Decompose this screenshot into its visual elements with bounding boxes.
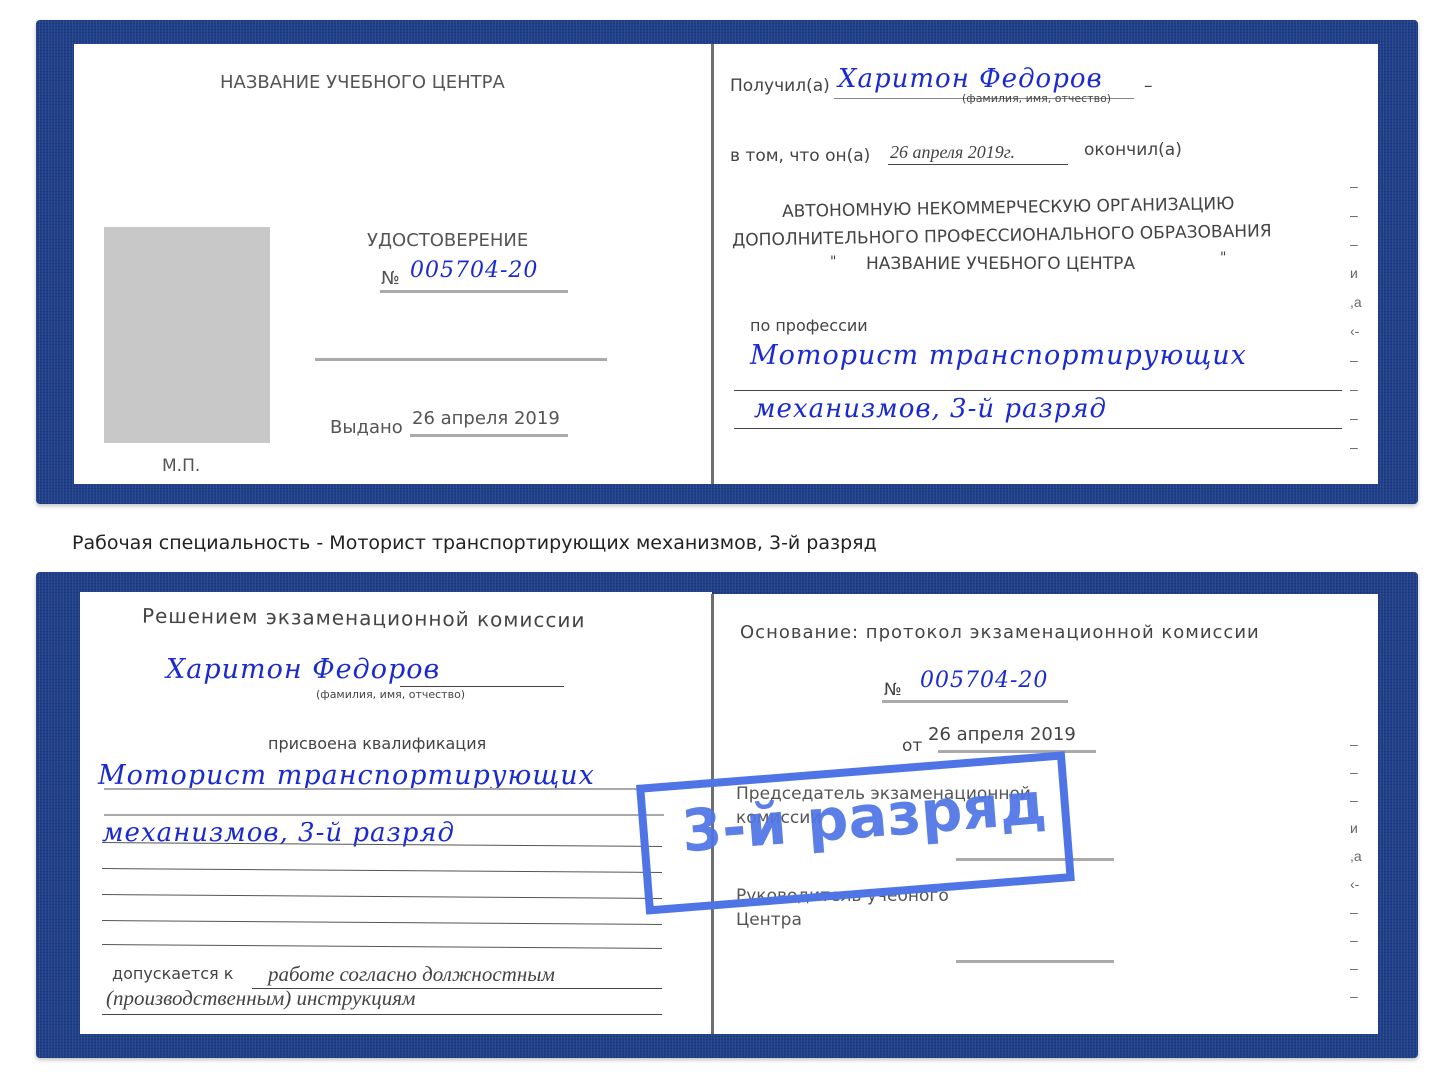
side-mark: – xyxy=(1350,730,1362,758)
organization-quote-close: " xyxy=(1220,250,1226,266)
number-sign: № xyxy=(381,268,400,289)
protocol-number: 005704-20 xyxy=(920,668,1048,693)
head-label-2: Центра xyxy=(736,910,802,930)
holder-name-underline xyxy=(400,686,564,687)
qualification-line-1: Моторист транспортирующих xyxy=(98,760,595,791)
certificate-front-left-page: НАЗВАНИЕ УЧЕБНОГО ЦЕНТРА УДОСТОВЕРЕНИЕ №… xyxy=(74,44,714,484)
qualification-label: присвоена квалификация xyxy=(268,734,486,753)
side-mark: – xyxy=(1350,786,1362,814)
side-mark: – xyxy=(1350,898,1362,926)
admitted-line-2: (производственным) инструкциям xyxy=(106,986,415,1011)
seal-label: М.П. xyxy=(162,456,200,476)
blank-line-4 xyxy=(102,920,662,925)
received-label: Получил(а) xyxy=(730,76,830,96)
side-mark: ,а xyxy=(1350,842,1362,870)
protocol-number-sign: № xyxy=(884,680,902,700)
number-underline xyxy=(380,290,568,293)
issued-date: 26 апреля 2019 xyxy=(412,408,560,429)
profession-line-1: Моторист транспортирующих xyxy=(750,340,1247,371)
signature-line xyxy=(315,358,607,361)
side-mark: – xyxy=(1350,954,1362,982)
finished-label: окончил(а) xyxy=(1084,140,1182,160)
that-label: в том, что он(а) xyxy=(730,146,870,166)
side-marks: – – – и ,а ‹- – – – – xyxy=(1350,172,1362,462)
basis-title: Основание: протокол экзаменационной коми… xyxy=(740,622,1260,643)
admitted-underline-2 xyxy=(102,1014,662,1015)
side-mark: – xyxy=(1350,404,1362,433)
received-dash: – xyxy=(1144,76,1153,96)
side-mark: ‹- xyxy=(1350,317,1362,346)
grade-stamp-text: 3-й разряд xyxy=(679,769,1048,865)
training-center-name: НАЗВАНИЕ УЧЕБНОГО ЦЕНТРА xyxy=(220,72,505,93)
protocol-from-label: от xyxy=(902,736,922,756)
blank-line-3 xyxy=(102,894,662,899)
organization-line-3: НАЗВАНИЕ УЧЕБНОГО ЦЕНТРА xyxy=(866,254,1135,274)
side-marks-back: – – – и ,а ‹- – – – – xyxy=(1350,730,1362,1010)
side-mark: ,а xyxy=(1350,288,1362,317)
recipient-name: Харитон Федоров xyxy=(838,64,1103,94)
side-mark: – xyxy=(1350,230,1362,259)
document-title: УДОСТОВЕРЕНИЕ xyxy=(367,230,528,251)
qualification-underline-2 xyxy=(104,814,664,816)
side-mark: – xyxy=(1350,758,1362,786)
issued-date-underline xyxy=(410,434,568,437)
certificate-number: 005704-20 xyxy=(410,258,538,283)
organization-quote-open: " xyxy=(830,254,836,270)
side-mark: – xyxy=(1350,433,1362,462)
side-mark: – xyxy=(1350,201,1362,230)
side-mark: ‹- xyxy=(1350,870,1362,898)
specialty-caption: Рабочая специальность - Моторист транспо… xyxy=(72,532,877,554)
side-mark: – xyxy=(1350,926,1362,954)
profession-label: по профессии xyxy=(750,316,868,335)
profession-underline-2 xyxy=(734,428,1342,429)
completion-date-underline xyxy=(888,164,1068,165)
protocol-date: 26 апреля 2019 xyxy=(928,724,1076,745)
protocol-date-underline xyxy=(938,750,1096,753)
side-mark: – xyxy=(1350,982,1362,1010)
blank-line-2 xyxy=(102,868,662,873)
holder-name: Харитон Федоров xyxy=(166,654,440,685)
profession-line-2: механизмов, 3-й разряд xyxy=(754,394,1107,424)
side-mark: и xyxy=(1350,259,1362,288)
photo-placeholder xyxy=(104,227,270,443)
side-mark: – xyxy=(1350,375,1362,404)
blank-line-5 xyxy=(102,944,662,949)
issued-label: Выдано xyxy=(330,417,403,438)
side-mark: – xyxy=(1350,172,1362,201)
admitted-line-1: работе согласно должностным xyxy=(268,962,555,987)
side-mark: – xyxy=(1350,346,1362,375)
completion-date: 26 апреля 2019г. xyxy=(890,142,1015,163)
organization-line-2: ДОПОЛНИТЕЛЬНОГО ПРОФЕССИОНАЛЬНОГО ОБРАЗО… xyxy=(732,221,1272,250)
admitted-label: допускается к xyxy=(112,964,233,983)
fio-hint-back: (фамилия, имя, отчество) xyxy=(316,688,465,701)
side-mark: и xyxy=(1350,814,1362,842)
certificate-front-right-page: Получил(а) Харитон Федоров – (фамилия, и… xyxy=(714,44,1378,484)
certificate-back-left-page: Решением экзаменационной комиссии Харито… xyxy=(80,592,712,1034)
qualification-underline-1 xyxy=(104,788,664,790)
fio-hint: (фамилия, имя, отчество) xyxy=(962,92,1111,105)
head-signature-line xyxy=(956,960,1114,963)
organization-line-1: АВТОНОМНУЮ НЕКОММЕРЧЕСКУЮ ОРГАНИЗАЦИЮ xyxy=(782,194,1235,222)
protocol-number-underline xyxy=(882,700,1068,703)
profession-underline-1 xyxy=(734,390,1342,391)
decision-title: Решением экзаменационной комиссии xyxy=(142,604,586,633)
